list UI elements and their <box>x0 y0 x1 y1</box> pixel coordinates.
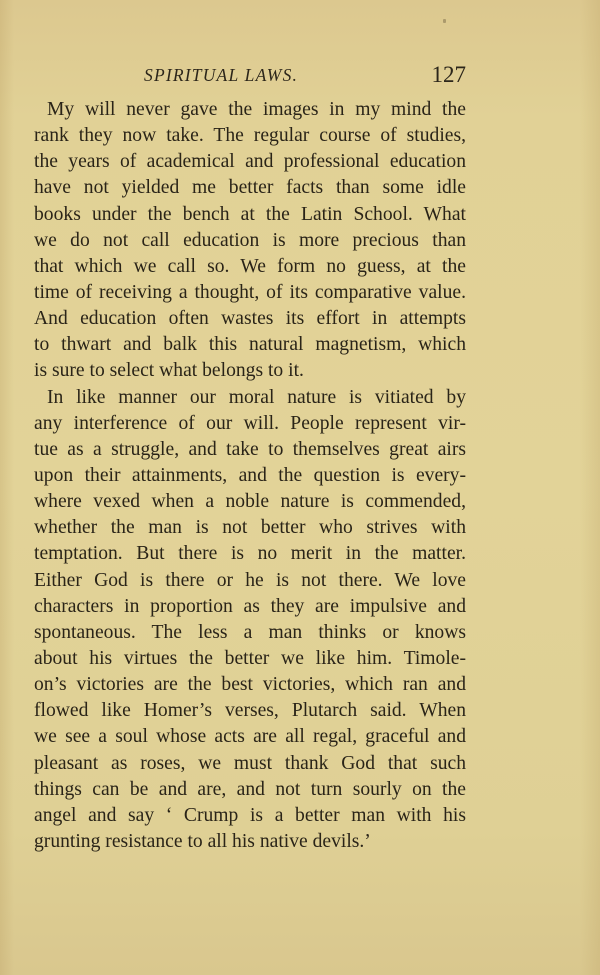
text-line: grunting resistance to all his native de… <box>34 829 466 855</box>
text-line: time of receiving a thought, of its comp… <box>34 280 466 306</box>
text-line: things can be and are, and not turn sour… <box>34 777 466 803</box>
paper-speck <box>443 19 446 23</box>
text-line: upon their attainments, and the question… <box>34 463 466 489</box>
text-line: characters in proportion as they are imp… <box>34 594 466 620</box>
text-line: flowed like Homer’s verses, Plutarch sai… <box>34 698 466 724</box>
text-line: And education often wastes its effort in… <box>34 306 466 332</box>
text-line: whether the man is not better who strive… <box>34 515 466 541</box>
text-line: on’s victories are the best victories, w… <box>34 672 466 698</box>
running-title: SPIRITUAL LAWS. <box>144 65 298 86</box>
text-line: have not yielded me better facts than so… <box>34 175 466 201</box>
text-line: that which we call so. We form no guess,… <box>34 254 466 280</box>
text-line: the years of academical and professional… <box>34 149 466 175</box>
text-line: tue as a struggle, and take to themselve… <box>34 437 466 463</box>
text-line: any interference of our will. People rep… <box>34 411 466 437</box>
text-line: angel and say ‘ Crump is a better man wi… <box>34 803 466 829</box>
text-line: Either God is there or he is not there. … <box>34 568 466 594</box>
text-line: pleasant as roses, we must thank God tha… <box>34 751 466 777</box>
text-line: about his virtues the better we like him… <box>34 646 466 672</box>
text-line: rank they now take. The regular course o… <box>34 123 466 149</box>
text-line: we do not call education is more preciou… <box>34 228 466 254</box>
running-head: SPIRITUAL LAWS. 127 <box>34 62 466 92</box>
paragraph-first-line: In like manner our moral nature is vitia… <box>34 385 466 411</box>
text-line: temptation. But there is no merit in the… <box>34 541 466 567</box>
text-line: where vexed when a noble nature is comme… <box>34 489 466 515</box>
text-line: is sure to select what belongs to it. <box>34 358 466 384</box>
text-line: we see a soul whose acts are all regal, … <box>34 724 466 750</box>
paragraph-first-line: My will never gave the images in my mind… <box>34 97 466 123</box>
body-text: My will never gave the images in my mind… <box>34 97 466 855</box>
text-line: to thwart and balk this natural magnetis… <box>34 332 466 358</box>
page-number: 127 <box>432 62 467 88</box>
text-line: books under the bench at the Latin Schoo… <box>34 202 466 228</box>
text-line: spontaneous. The less a man thinks or kn… <box>34 620 466 646</box>
